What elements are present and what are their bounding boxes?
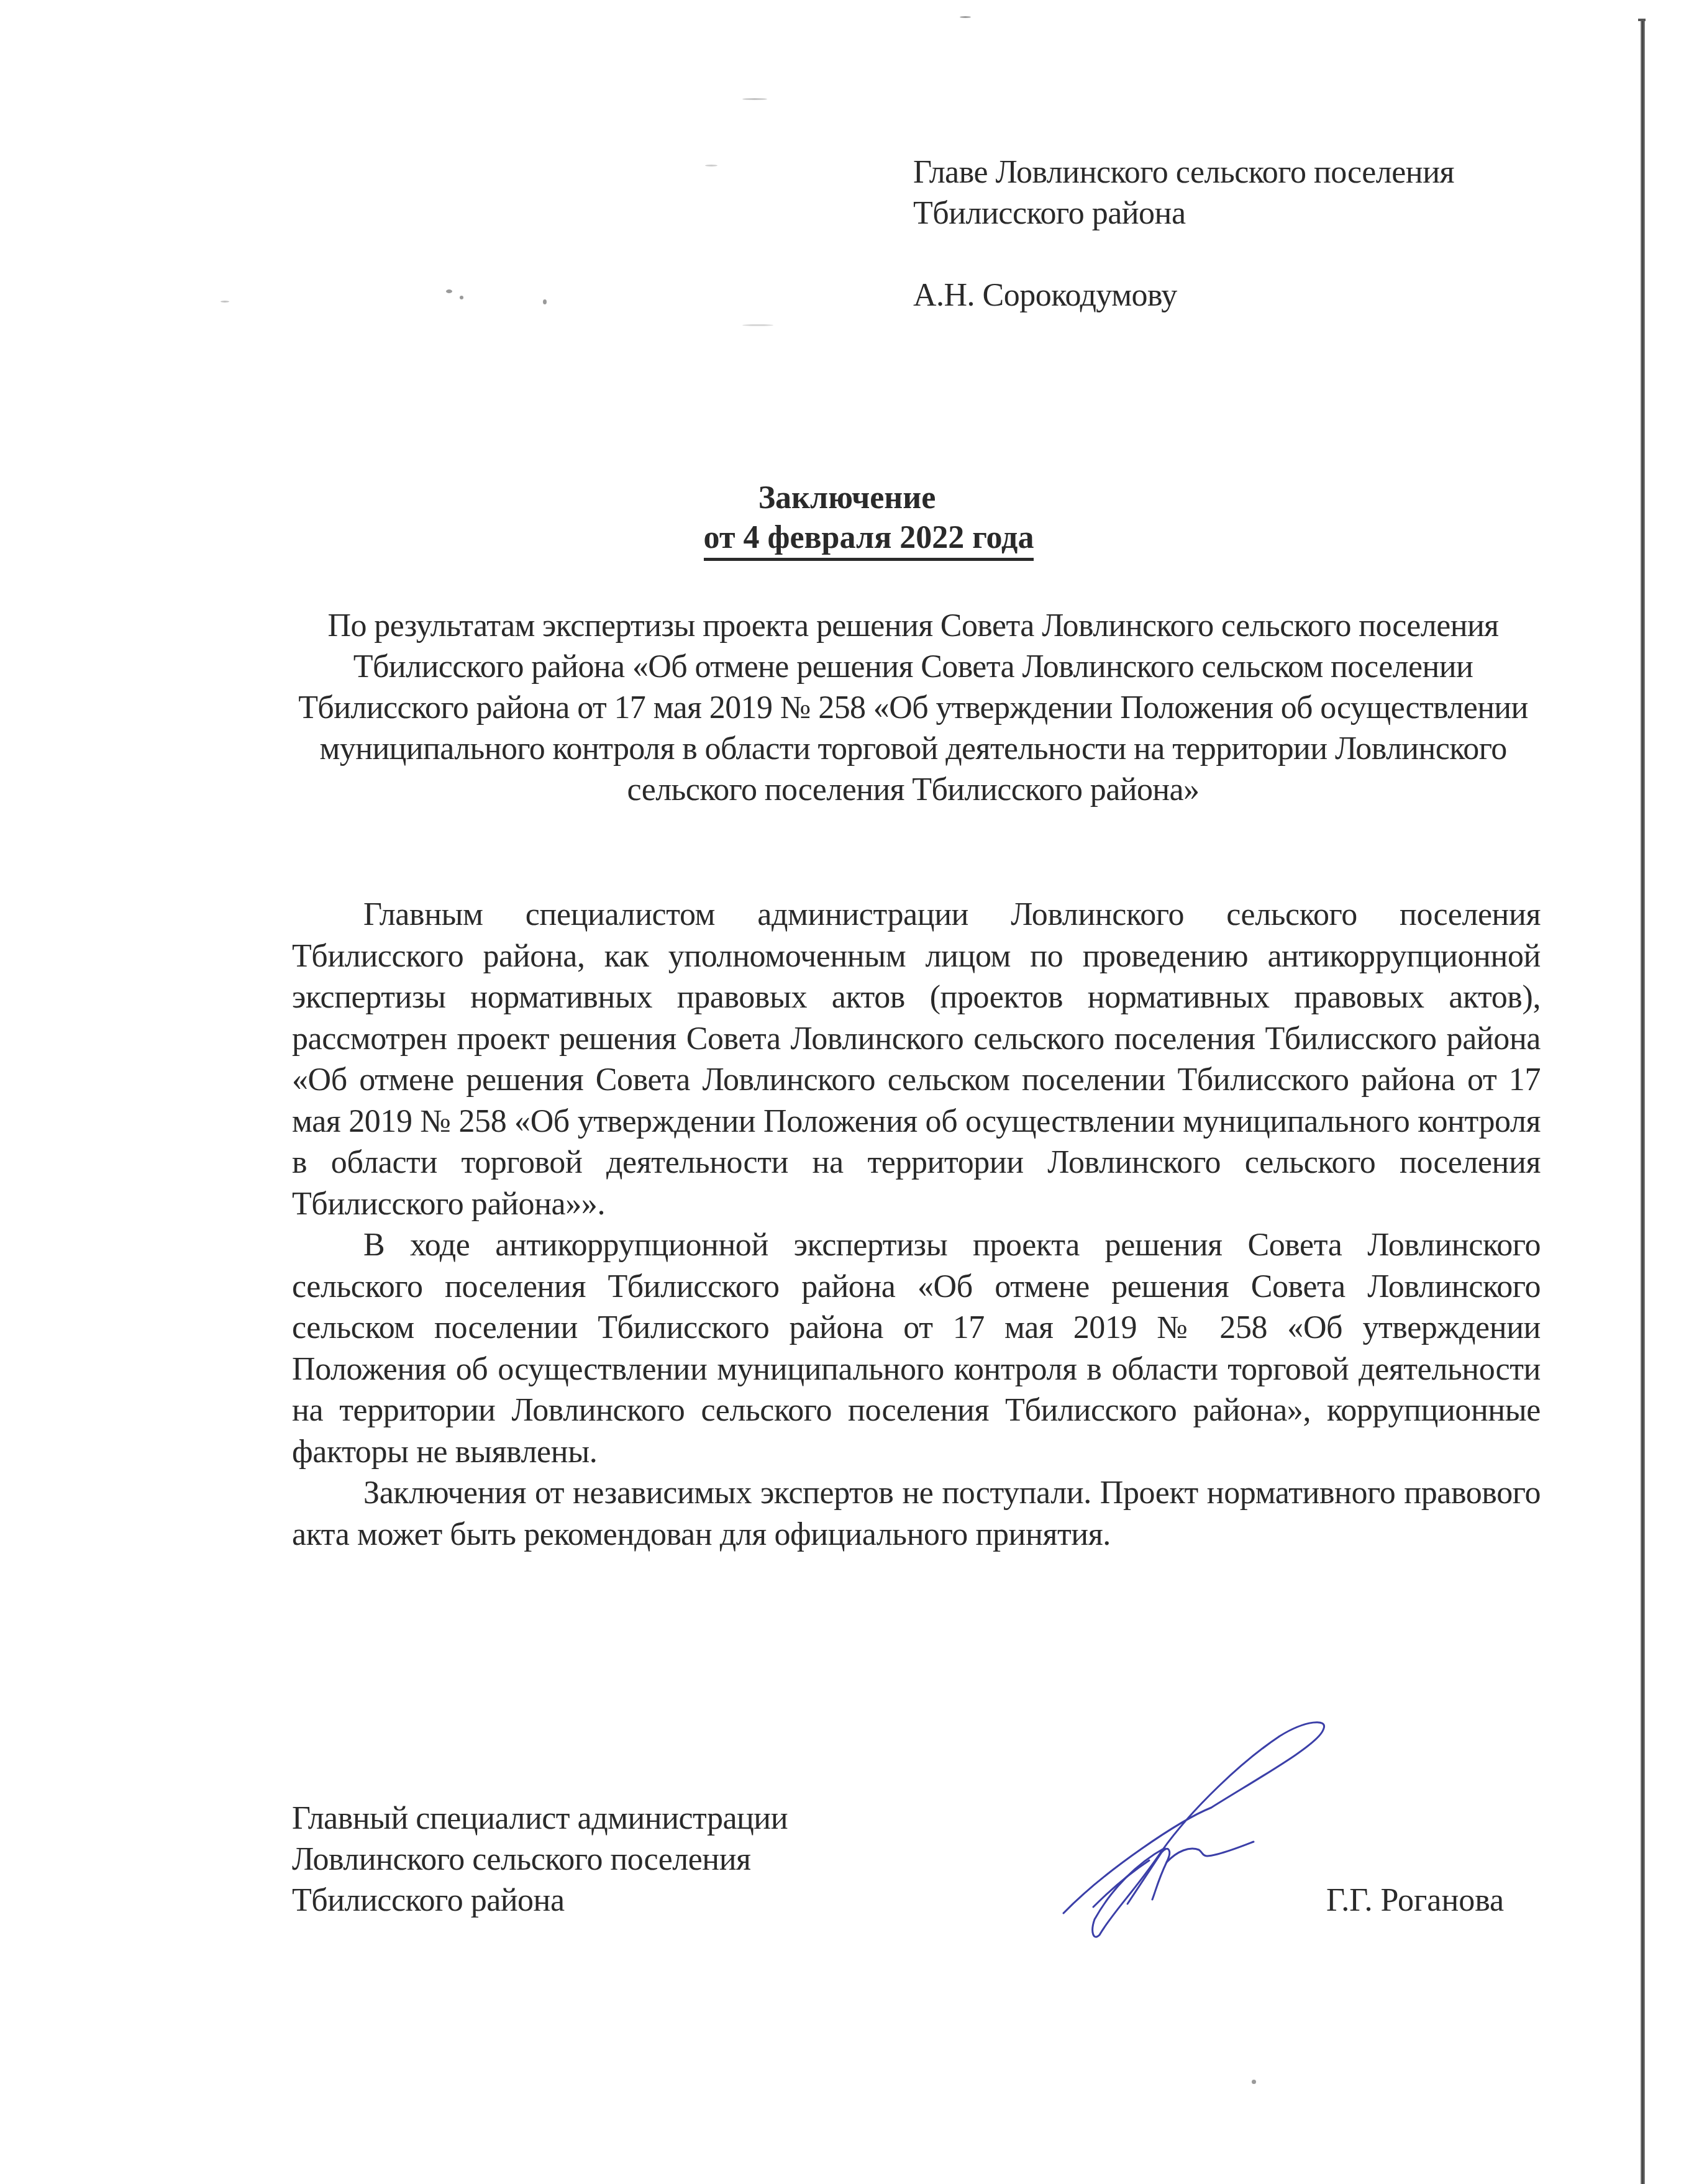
scan-speck (705, 165, 717, 166)
position-line-3: Тбилисского района (292, 1880, 788, 1921)
addressee-block: Главе Ловлинского сельского поселения Тб… (913, 152, 1454, 316)
body-paragraph-3: Заключения от независимых экспертов не п… (292, 1473, 1541, 1555)
scan-speck (1252, 2080, 1256, 2084)
document-page: Главе Ловлинского сельского поселения Тб… (0, 0, 1694, 2184)
scan-speck (460, 296, 463, 299)
body-text: Главным специалистом администрации Ловли… (292, 894, 1541, 1555)
addressee-name: А.Н. Сорокодумову (913, 275, 1454, 316)
scan-speck (742, 98, 767, 100)
handwritten-signature-icon (1056, 1702, 1329, 1938)
heading-block: Заключение от 4 февраля 2022 года (0, 478, 1694, 561)
position-line-1: Главный специалист администрации (292, 1798, 788, 1839)
signature-position-block: Главный специалист администрации Ловлинс… (292, 1798, 788, 1921)
position-line-2: Ловлинского сельского поселения (292, 1839, 788, 1880)
scan-speck (543, 299, 547, 304)
body-paragraph-2: В ходе антикоррупционной экспертизы прое… (292, 1225, 1541, 1473)
signer-name: Г.Г. Роганова (1326, 1880, 1504, 1921)
scan-speck (446, 289, 452, 293)
scan-speck (221, 301, 229, 303)
subject-paragraph: По результатам экспертизы проекта решени… (298, 606, 1528, 811)
document-title: Заключение (0, 478, 1694, 518)
document-date: от 4 февраля 2022 года (704, 518, 1034, 561)
scan-speck (960, 16, 971, 18)
scan-edge-tip (1638, 19, 1646, 21)
body-paragraph-1: Главным специалистом администрации Ловли… (292, 894, 1541, 1225)
scan-speck (742, 324, 773, 326)
addressee-line-1: Главе Ловлинского сельского поселения (913, 152, 1454, 193)
addressee-line-2: Тбилисского района (913, 193, 1454, 234)
scan-edge-line (1641, 19, 1645, 2184)
